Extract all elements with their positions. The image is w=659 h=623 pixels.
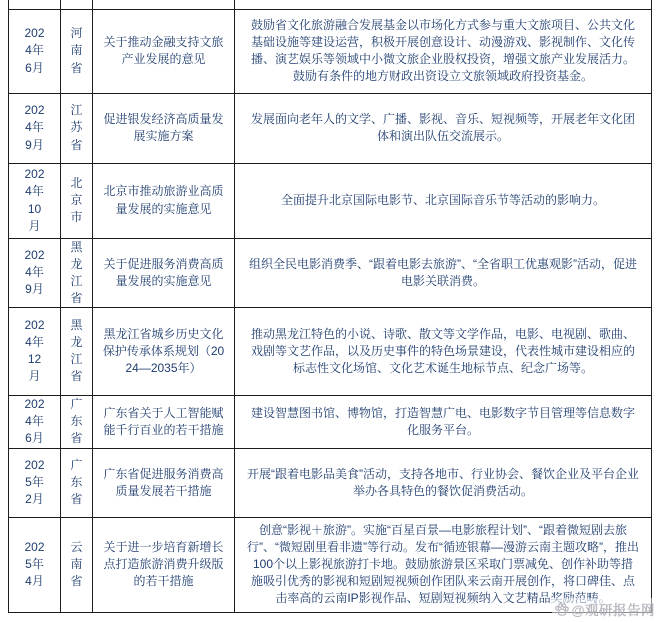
policy-content-cell: 推动黑龙江特色的小说、诗歌、散文等文学作品，电影、电视剧、歌曲、戏剧等文艺作品，…: [235, 307, 652, 395]
policy-title-cell: [93, 0, 235, 9]
paw-logo-icon: [554, 602, 569, 617]
policy-content-cell: 组织全民电影消费季、“跟着电影去旅游”、“全省职工优惠观影”活动，促进电影关联消…: [235, 238, 652, 307]
table-row: 2024年6月 广东省 广东省关于人工智能赋能千行百业的若干措施 建设智慧图书馆…: [9, 395, 652, 448]
table-row: 2024年12月 黑龙江省 黑龙江省城乡历史文化保护传承体系规划（2024—20…: [9, 307, 652, 395]
date-cell: 2024年9月: [9, 93, 61, 163]
policy-title-cell: 关于进一步培育新增长点打造旅游消费升级版的若干措施: [93, 517, 235, 612]
policy-title-cell: 北京市推动旅游业高质量发展的实施意见: [93, 163, 235, 238]
policy-title-cell: 黑龙江省城乡历史文化保护传承体系规划（2024—2035年）: [93, 307, 235, 395]
date-cell: [9, 0, 61, 9]
region-cell: [61, 0, 93, 9]
watermark-text: @观研报告网: [571, 599, 655, 619]
region-cell: 云南省: [61, 517, 93, 612]
date-cell: 2025年4月: [9, 517, 61, 612]
table-row: 2025年2月 广东省 广东省促进服务消费高质量发展若干措施 开展“跟着电影品美…: [9, 448, 652, 517]
policy-content-cell: [235, 0, 652, 9]
table-row: 2024年9月 黑龙江省 关于促进服务消费高质量发展的实施意见 组织全民电影消费…: [9, 238, 652, 307]
table-row: 2024年6月 河南省 关于推动金融支持文旅产业发展的意见 鼓励省文化旅游融合发…: [9, 9, 652, 93]
region-cell: 广东省: [61, 448, 93, 517]
region-cell: 黑龙江省: [61, 238, 93, 307]
table-row-partial: [9, 0, 652, 9]
region-cell: 黑龙江省: [61, 307, 93, 395]
policy-content-cell: 建设智慧图书馆、博物馆，打造智慧广电、电影数字节目管理等信息数字化服务平台。: [235, 395, 652, 448]
policy-content-cell: 全面提升北京国际电影节、北京国际音乐节等活动的影响力。: [235, 163, 652, 238]
policy-title-cell: 促进银发经济高质量发展实施方案: [93, 93, 235, 163]
policy-title-cell: 广东省促进服务消费高质量发展若干措施: [93, 448, 235, 517]
policy-content-cell: 鼓励省文化旅游融合发展基金以市场化方式参与重大文旅项目、公共文化基础设施等建设运…: [235, 9, 652, 93]
policy-content-cell: 开展“跟着电影品美食”活动，支持各地市、行业协会、餐饮企业及平台企业举办各具特色…: [235, 448, 652, 517]
date-cell: 2024年10月: [9, 163, 61, 238]
policy-title-cell: 广东省关于人工智能赋能千行百业的若干措施: [93, 395, 235, 448]
region-cell: 河南省: [61, 9, 93, 93]
date-cell: 2025年2月: [9, 448, 61, 517]
table-row: 2024年9月 江苏省 促进银发经济高质量发展实施方案 发展面向老年人的文学、广…: [9, 93, 652, 163]
policy-table: 2024年6月 河南省 关于推动金融支持文旅产业发展的意见 鼓励省文化旅游融合发…: [8, 0, 652, 613]
policy-content-cell: 发展面向老年人的文学、广播、影视、音乐、短视频等，开展老年文化团体和演出队伍交流…: [235, 93, 652, 163]
table-row: 2024年10月 北京市 北京市推动旅游业高质量发展的实施意见 全面提升北京国际…: [9, 163, 652, 238]
date-cell: 2024年6月: [9, 9, 61, 93]
policy-title-cell: 关于推动金融支持文旅产业发展的意见: [93, 9, 235, 93]
region-cell: 北京市: [61, 163, 93, 238]
region-cell: 广东省: [61, 395, 93, 448]
date-cell: 2024年12月: [9, 307, 61, 395]
watermark: @观研报告网: [552, 598, 657, 620]
region-cell: 江苏省: [61, 93, 93, 163]
date-cell: 2024年9月: [9, 238, 61, 307]
policy-title-cell: 关于促进服务消费高质量发展的实施意见: [93, 238, 235, 307]
date-cell: 2024年6月: [9, 395, 61, 448]
